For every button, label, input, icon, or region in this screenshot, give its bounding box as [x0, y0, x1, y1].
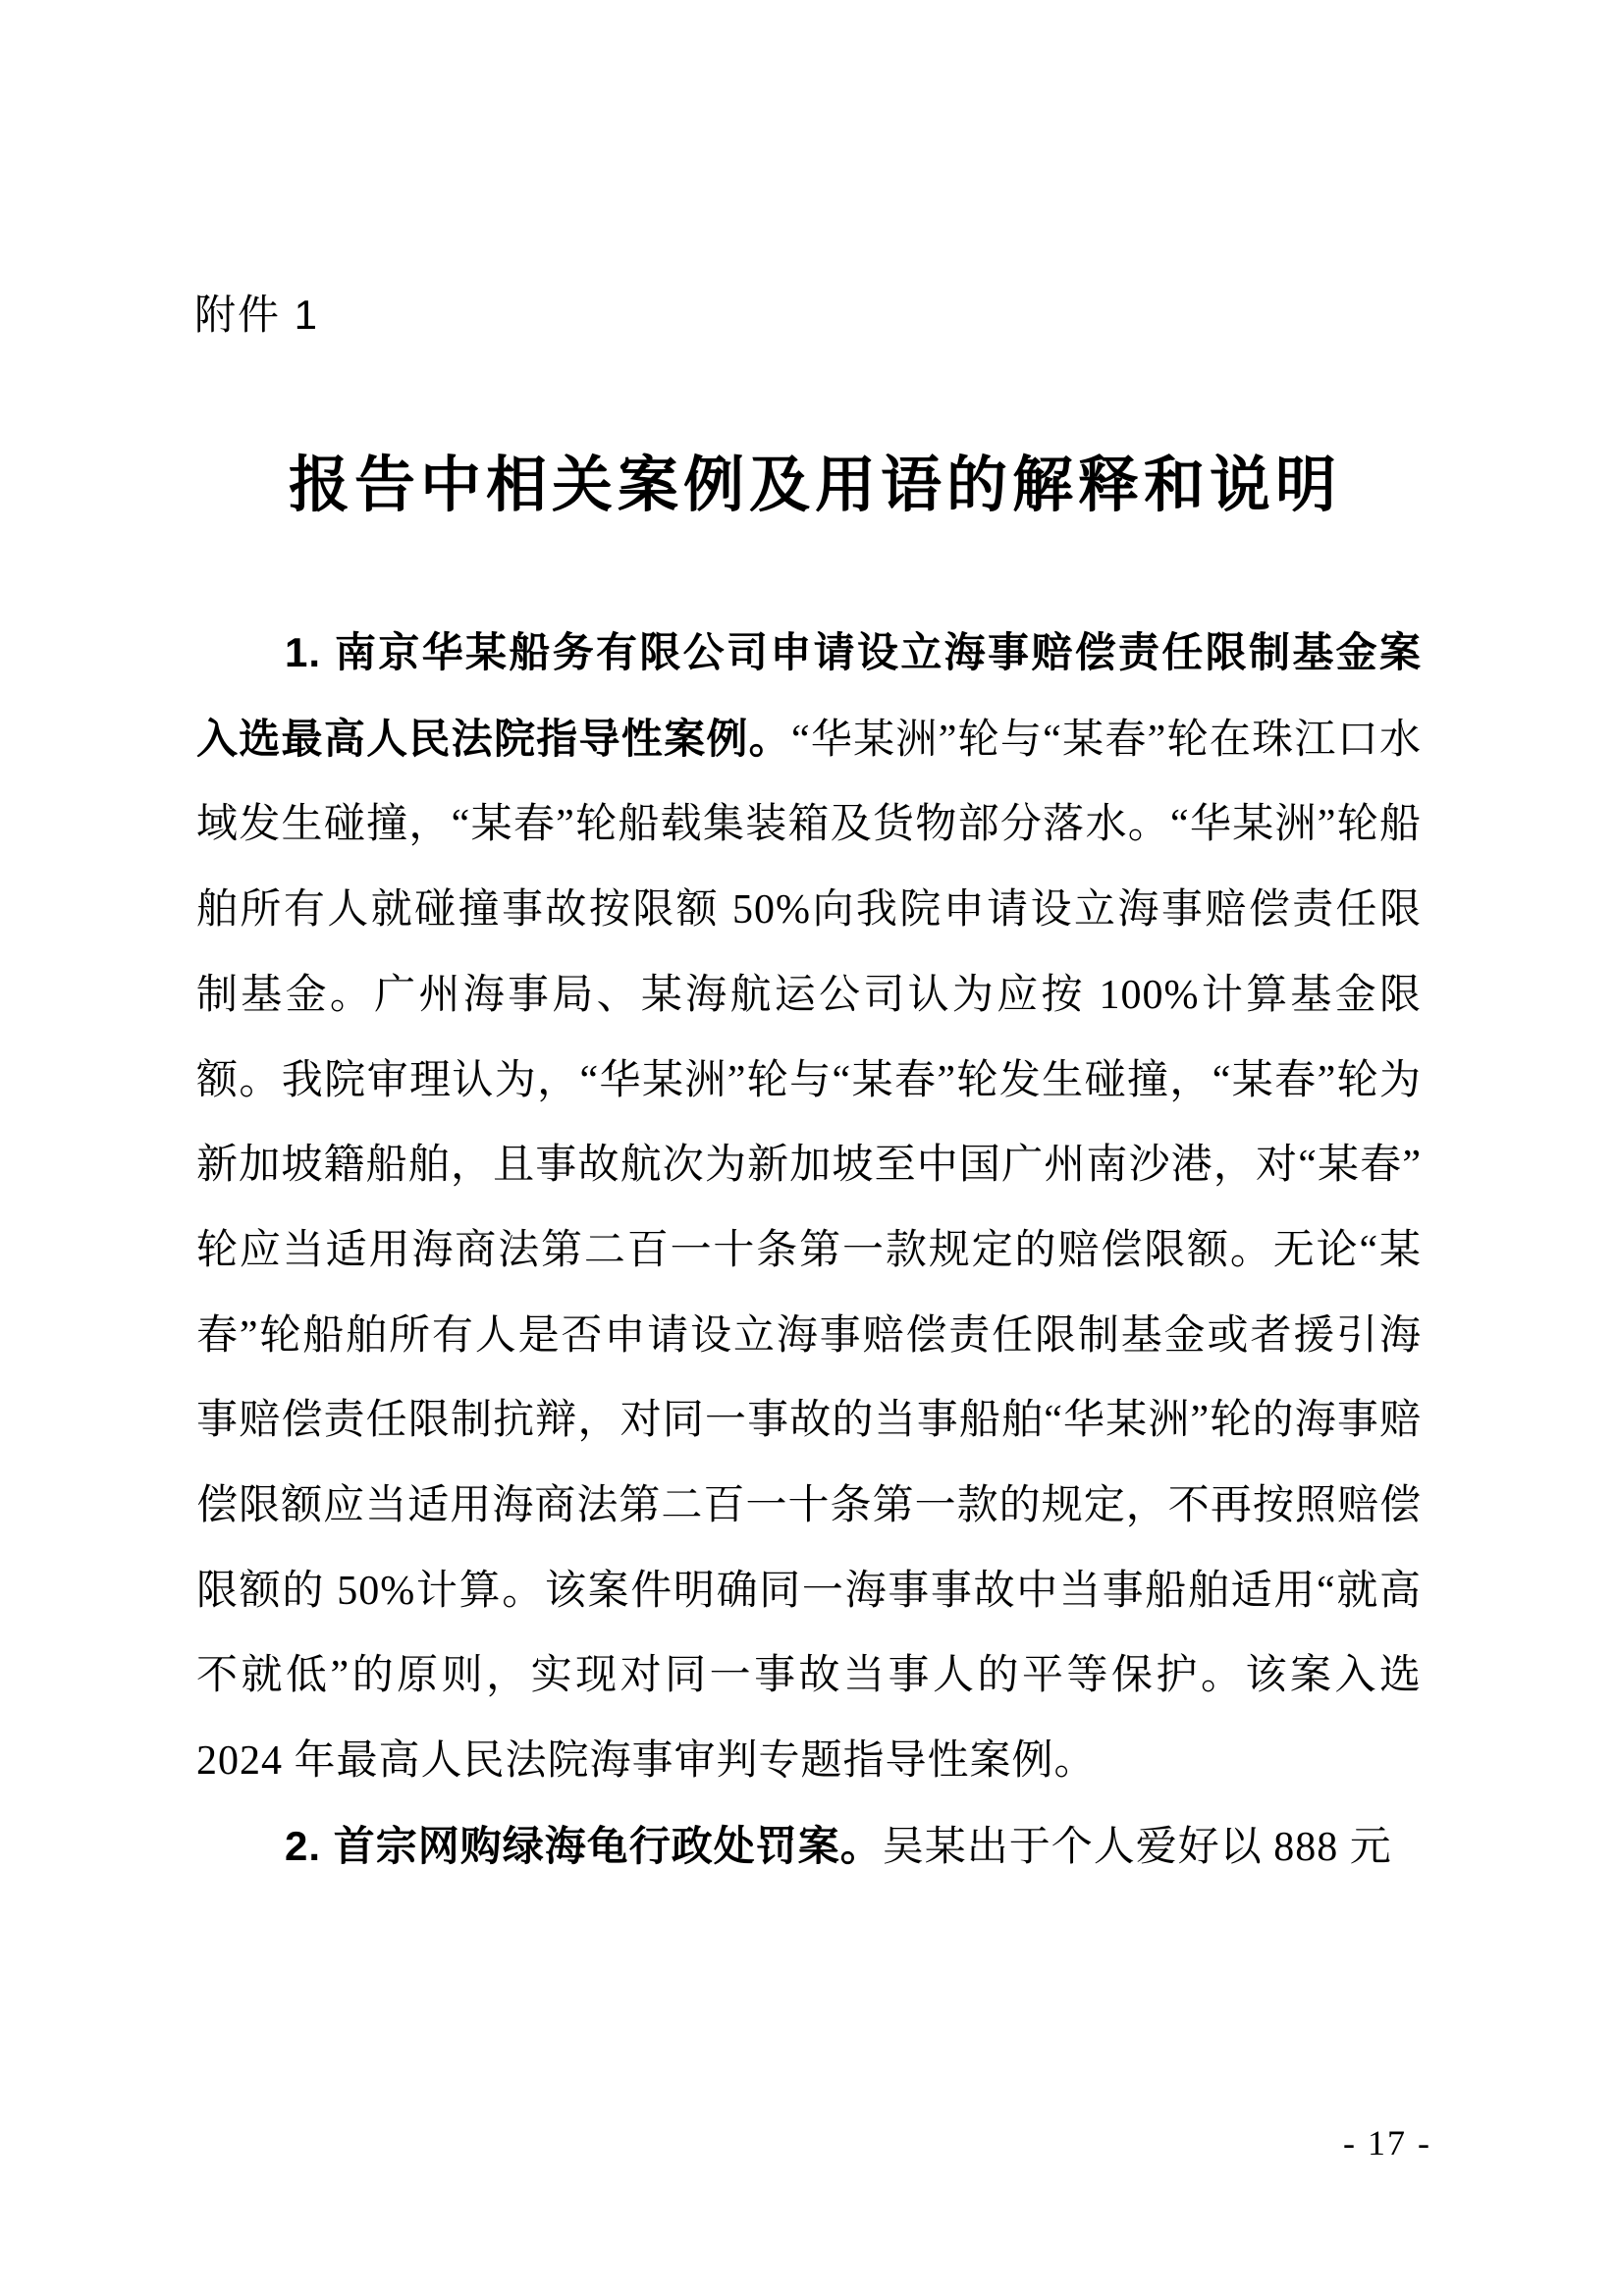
page-title: 报告中相关案例及用语的解释和说明	[196, 436, 1433, 523]
document-body: 1. 南京华某船务有限公司申请设立海事赔偿责任限制基金案入选最高人民法院指导性案…	[196, 611, 1422, 1891]
case-2-lead-bold: 2. 首宗网购绿海龟行政处罚案。	[285, 1823, 883, 1869]
attachment-label: 附件 1	[194, 283, 319, 342]
case-2-body-text: 吴某出于个人爱好以 888 元	[883, 1825, 1392, 1870]
paragraph-case-2: 2. 首宗网购绿海龟行政处罚案。吴某出于个人爱好以 888 元	[196, 1804, 1422, 1891]
page-number: - 17 -	[1343, 2122, 1431, 2163]
case-1-body-text: “华某洲”轮与“某春”轮在珠江口水域发生碰撞，“某春”轮船载集装箱及货物部分落水…	[196, 718, 1422, 1784]
paragraph-case-1: 1. 南京华某船务有限公司申请设立海事赔偿责任限制基金案入选最高人民法院指导性案…	[196, 611, 1422, 1804]
document-page: 附件 1 报告中相关案例及用语的解释和说明 1. 南京华某船务有限公司申请设立海…	[0, 0, 1616, 2296]
